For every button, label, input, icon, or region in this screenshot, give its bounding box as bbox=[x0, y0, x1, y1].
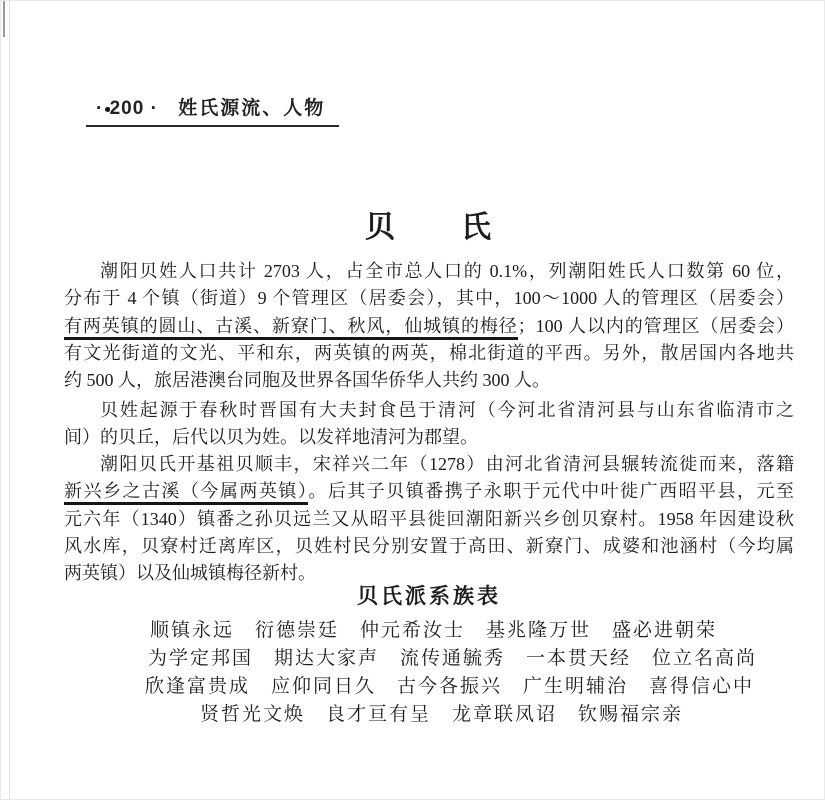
paragraph-origin: 贝姓起源于春秋时晋国有大夫封食邑于清河（今河北省清河县与山东省临清市之 间）的贝… bbox=[64, 397, 794, 452]
text-line: 风水库，贝寮村迁离库区，贝姓村民分别安置于高田、新寮门、成婆和池涵村（今均属 bbox=[64, 533, 794, 560]
text-line: 间）的贝丘，后代以贝为姓。以发祥地清河为郡望。 bbox=[64, 424, 794, 451]
paragraph-history: 潮阳贝氏开基祖贝顺丰，宋祥兴二年（1278）由河北省清河县辗转流徙而来，落籍 新… bbox=[64, 451, 794, 587]
text-line: 贝姓起源于春秋时晋国有大夫封食邑于清河（今河北省清河县与山东省临清市之 bbox=[64, 397, 794, 424]
text-segment: 。后其子贝镇番携子永职于元代中叶徙广西昭平县，元至 bbox=[308, 481, 794, 501]
text-segment: ；100 人以内的管理区（居委会） bbox=[518, 316, 794, 336]
poem-line: 为学定邦国 期达大家声 流传通毓秀 一本贯天经 位立名高尚 bbox=[64, 645, 794, 673]
page-header: · 200 · 姓氏源流、人物 bbox=[86, 93, 339, 127]
header-underline: · 200 · 姓氏源流、人物 bbox=[86, 93, 339, 127]
text-line: 有两英镇的圆山、古溪、新寮门、秋风，仙城镇的梅径；100 人以内的管理区（居委会… bbox=[64, 313, 794, 340]
scanned-book-page: · 200 · 姓氏源流、人物 贝 氏 潮阳贝姓人口共计 2703 人，占全市总… bbox=[0, 0, 825, 800]
page-number: · 200 · bbox=[96, 98, 158, 119]
scan-edge-mark bbox=[3, 1, 5, 37]
text-line: 有文光街道的文光、平和东，两英镇的两英，棉北街道的平西。另外，散居国内各地共 bbox=[64, 340, 794, 367]
poem-line: 贤哲光文焕 良才亘有呈 龙章联凤诏 钦赐福宗亲 bbox=[64, 701, 794, 729]
text-line: 约 500 人，旅居港澳台同胞及世界各国华侨华人共约 300 人。 bbox=[64, 367, 794, 394]
section-title: 贝 氏 bbox=[64, 202, 794, 246]
book-title: 姓氏源流、人物 bbox=[178, 98, 325, 119]
poem-line: 欣逢富贵成 应仰同日久 古今各振兴 广生明辅治 喜得信心中 bbox=[64, 673, 794, 701]
underlined-text: 新兴乡之古溪（今属两英镇） bbox=[64, 481, 308, 505]
text-line: 潮阳贝姓人口共计 2703 人，占全市总人口的 0.1%，列潮阳姓氏人口数第 6… bbox=[64, 258, 794, 285]
text-line: 潮阳贝氏开基祖贝顺丰，宋祥兴二年（1278）由河北省清河县辗转流徙而来，落籍 bbox=[64, 451, 794, 478]
poem-line: 顺镇永远 衍德崇廷 仲元希汝士 基兆隆万世 盛必进朝荣 bbox=[64, 617, 794, 645]
text-line: 元六年（1340）镇番之孙贝远兰又从昭平县徙回潮阳新兴乡创贝寮村。1958 年因… bbox=[64, 506, 794, 533]
scan-edge-line bbox=[9, 1, 10, 799]
genealogy-table-title: 贝氏派系族表 bbox=[64, 580, 794, 610]
genealogy-poem: 顺镇永远 衍德崇廷 仲元希汝士 基兆隆万世 盛必进朝荣 为学定邦国 期达大家声 … bbox=[64, 617, 794, 729]
text-line: 分布于 4 个镇（街道）9 个管理区（居委会），其中，100～1000 人的管理… bbox=[64, 285, 794, 312]
text-line: 新兴乡之古溪（今属两英镇）。后其子贝镇番携子永职于元代中叶徙广西昭平县，元至 bbox=[64, 478, 794, 505]
underlined-text: 有两英镇的圆山、古溪、新寮门、秋风，仙城镇的梅径 bbox=[64, 316, 518, 340]
paragraph-population: 潮阳贝姓人口共计 2703 人，占全市总人口的 0.1%，列潮阳姓氏人口数第 6… bbox=[64, 258, 794, 394]
